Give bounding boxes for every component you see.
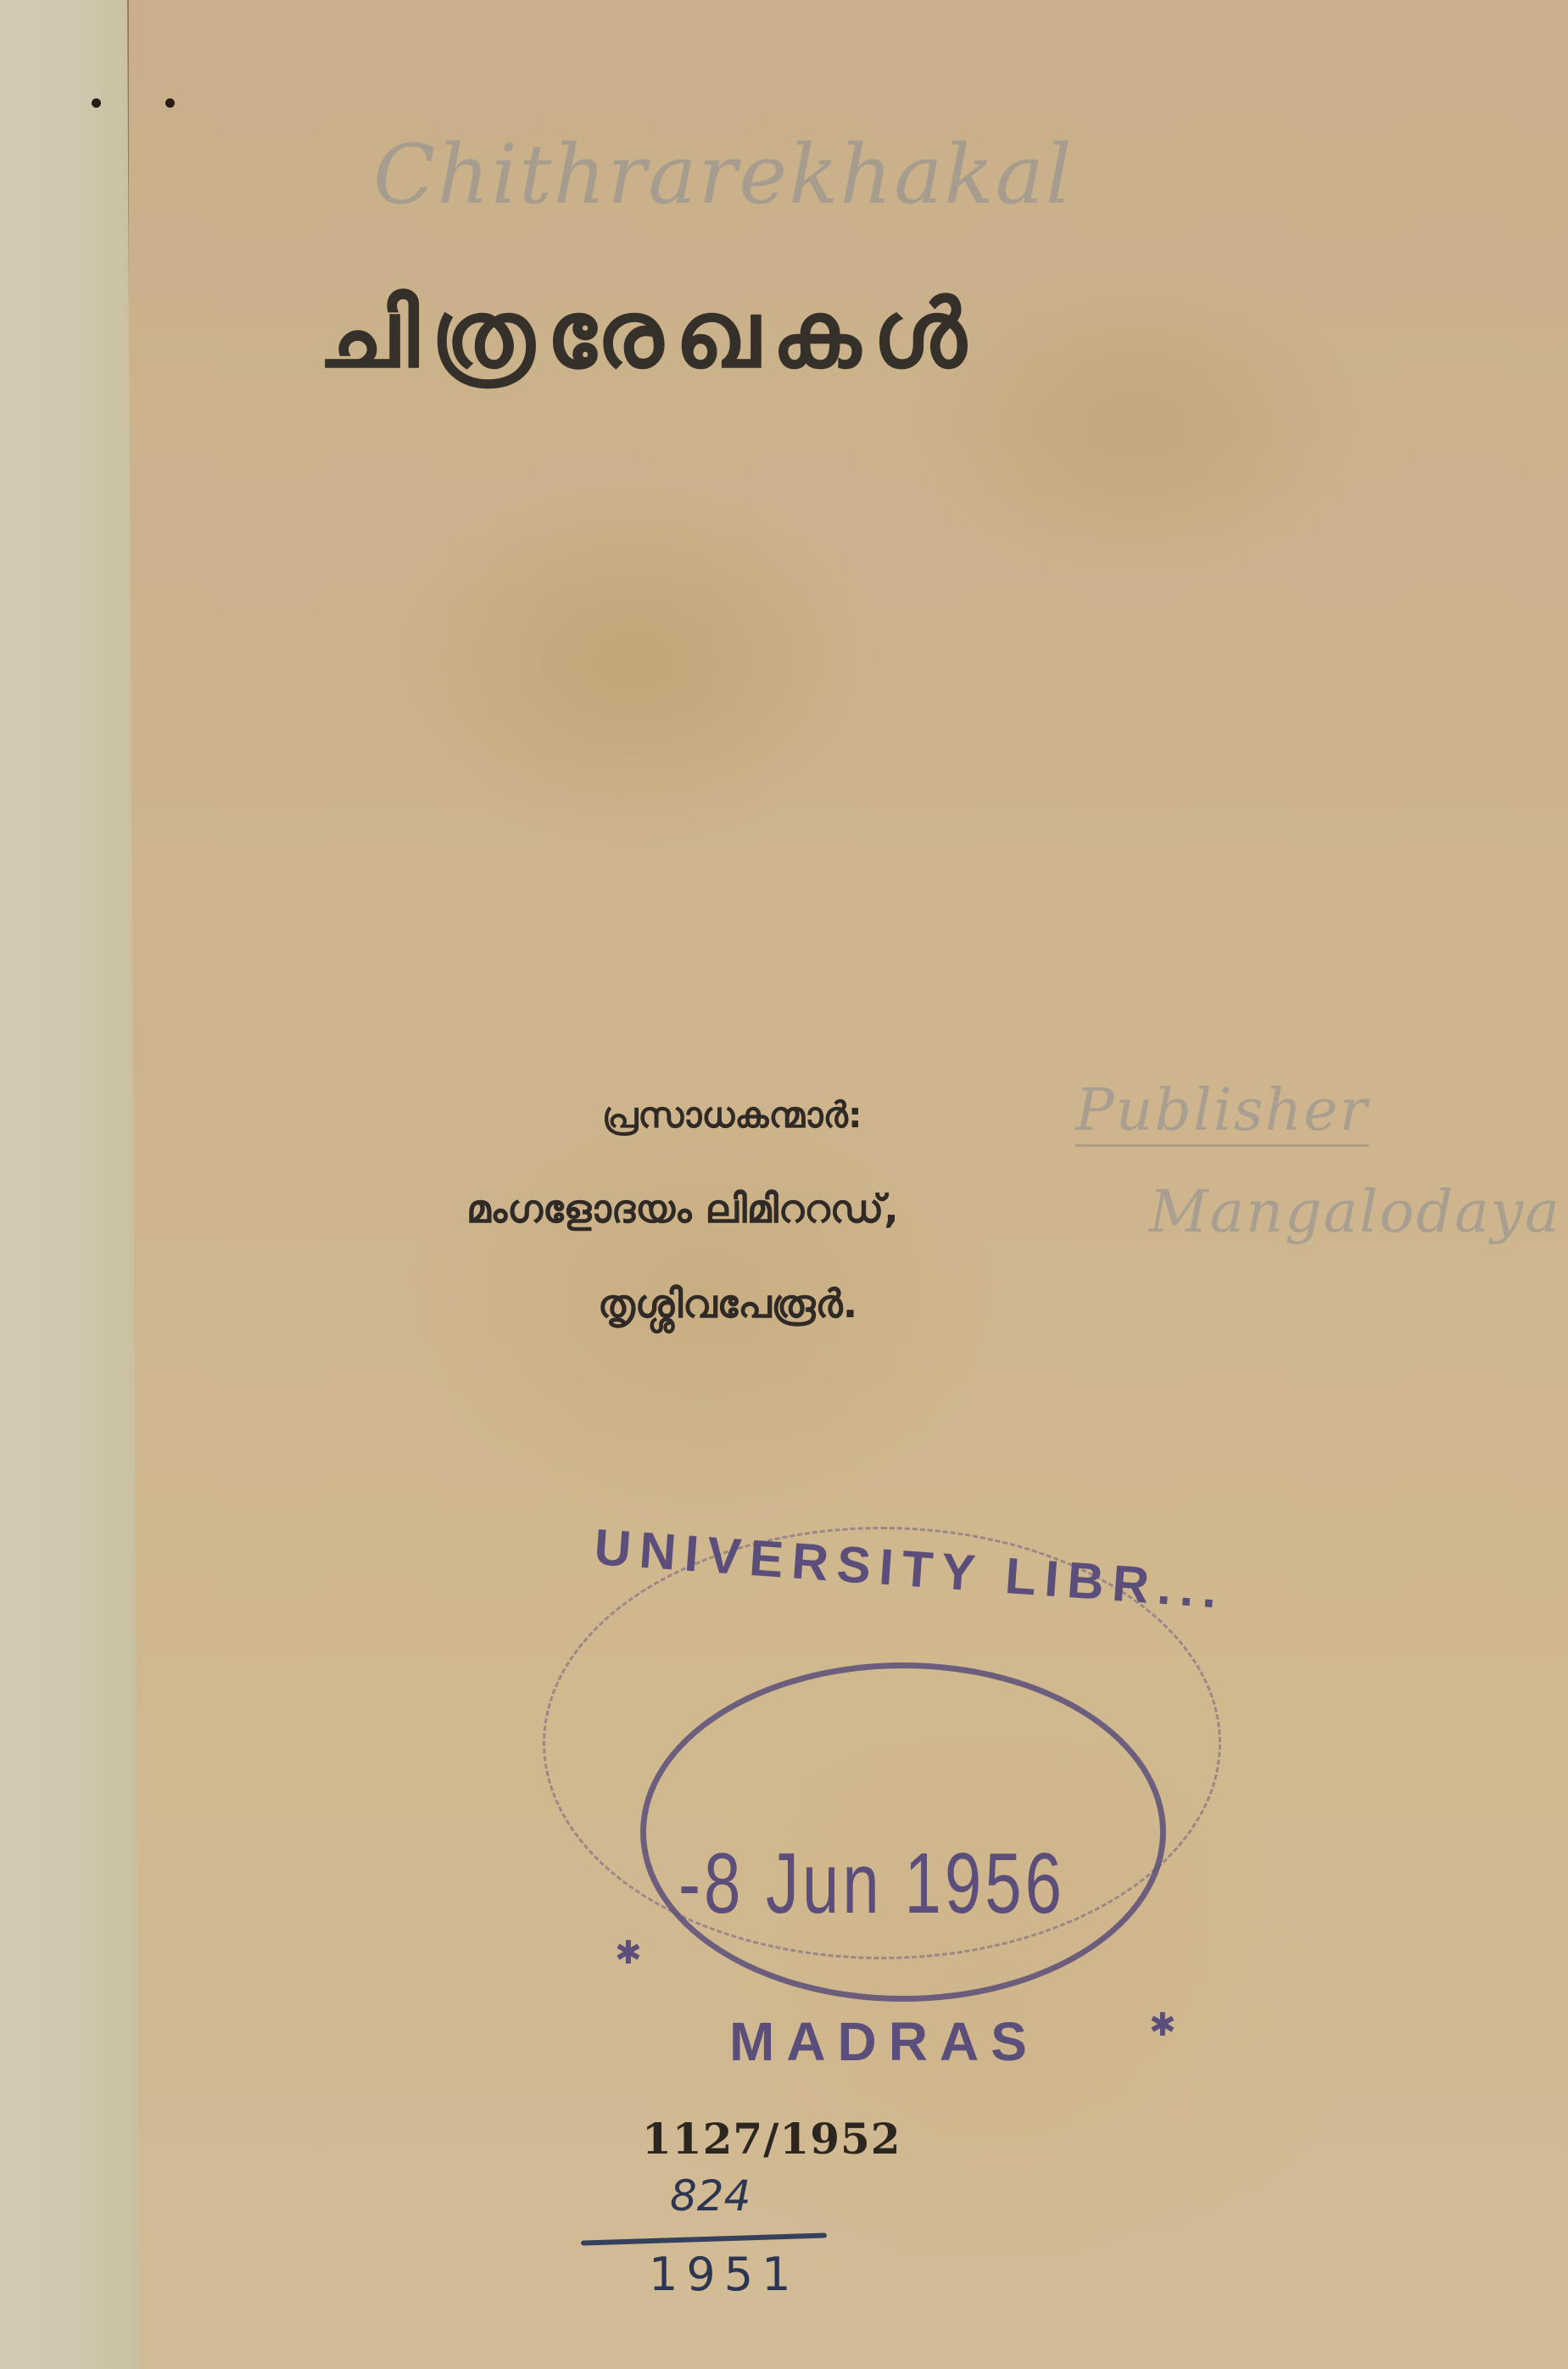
handwritten-shelf-number: 824 xyxy=(670,2171,751,2221)
stamp-bottom-text: MADRAS xyxy=(729,2010,1039,2073)
publisher-name: മംഗളോദയം ലിമിററഡ്, xyxy=(466,1186,899,1233)
book-title: ചിത്രരേഖകൾ xyxy=(318,280,1268,390)
pencil-publisher-name-annotation: Mangalodaya xyxy=(1149,1179,1561,1246)
imprint-year: 1127/1952 xyxy=(642,2114,901,2164)
binding-hole-left xyxy=(92,98,101,108)
publisher-label: പ്രസാധകന്മാർ: xyxy=(602,1094,862,1137)
scanned-title-page: Chithrarekhakal ചിത്രരേഖകൾ പ്രസാധകന്മാർ:… xyxy=(0,0,1568,2369)
publisher-place: തൃശ്ശിവപേരൂർ. xyxy=(598,1281,857,1328)
stamp-star-icon: ✱ xyxy=(1149,2006,1176,2043)
library-stamp: UNIVERSITY LIBR... -8 Jun 1956 MADRAS ✱ … xyxy=(543,1510,1238,1968)
stamp-inner-oval xyxy=(640,1662,1166,2002)
handwritten-year: 1951 xyxy=(649,2248,799,2301)
stamp-star-icon: ✱ xyxy=(615,1934,642,1971)
binding-hole-right xyxy=(165,98,175,108)
pencil-title-annotation: Chithrarekhakal xyxy=(373,127,1074,222)
stamp-date: -8 Jun 1956 xyxy=(678,1833,1065,1933)
pencil-publisher-annotation: Publisher xyxy=(1075,1077,1369,1147)
binding-strip xyxy=(0,0,142,2369)
